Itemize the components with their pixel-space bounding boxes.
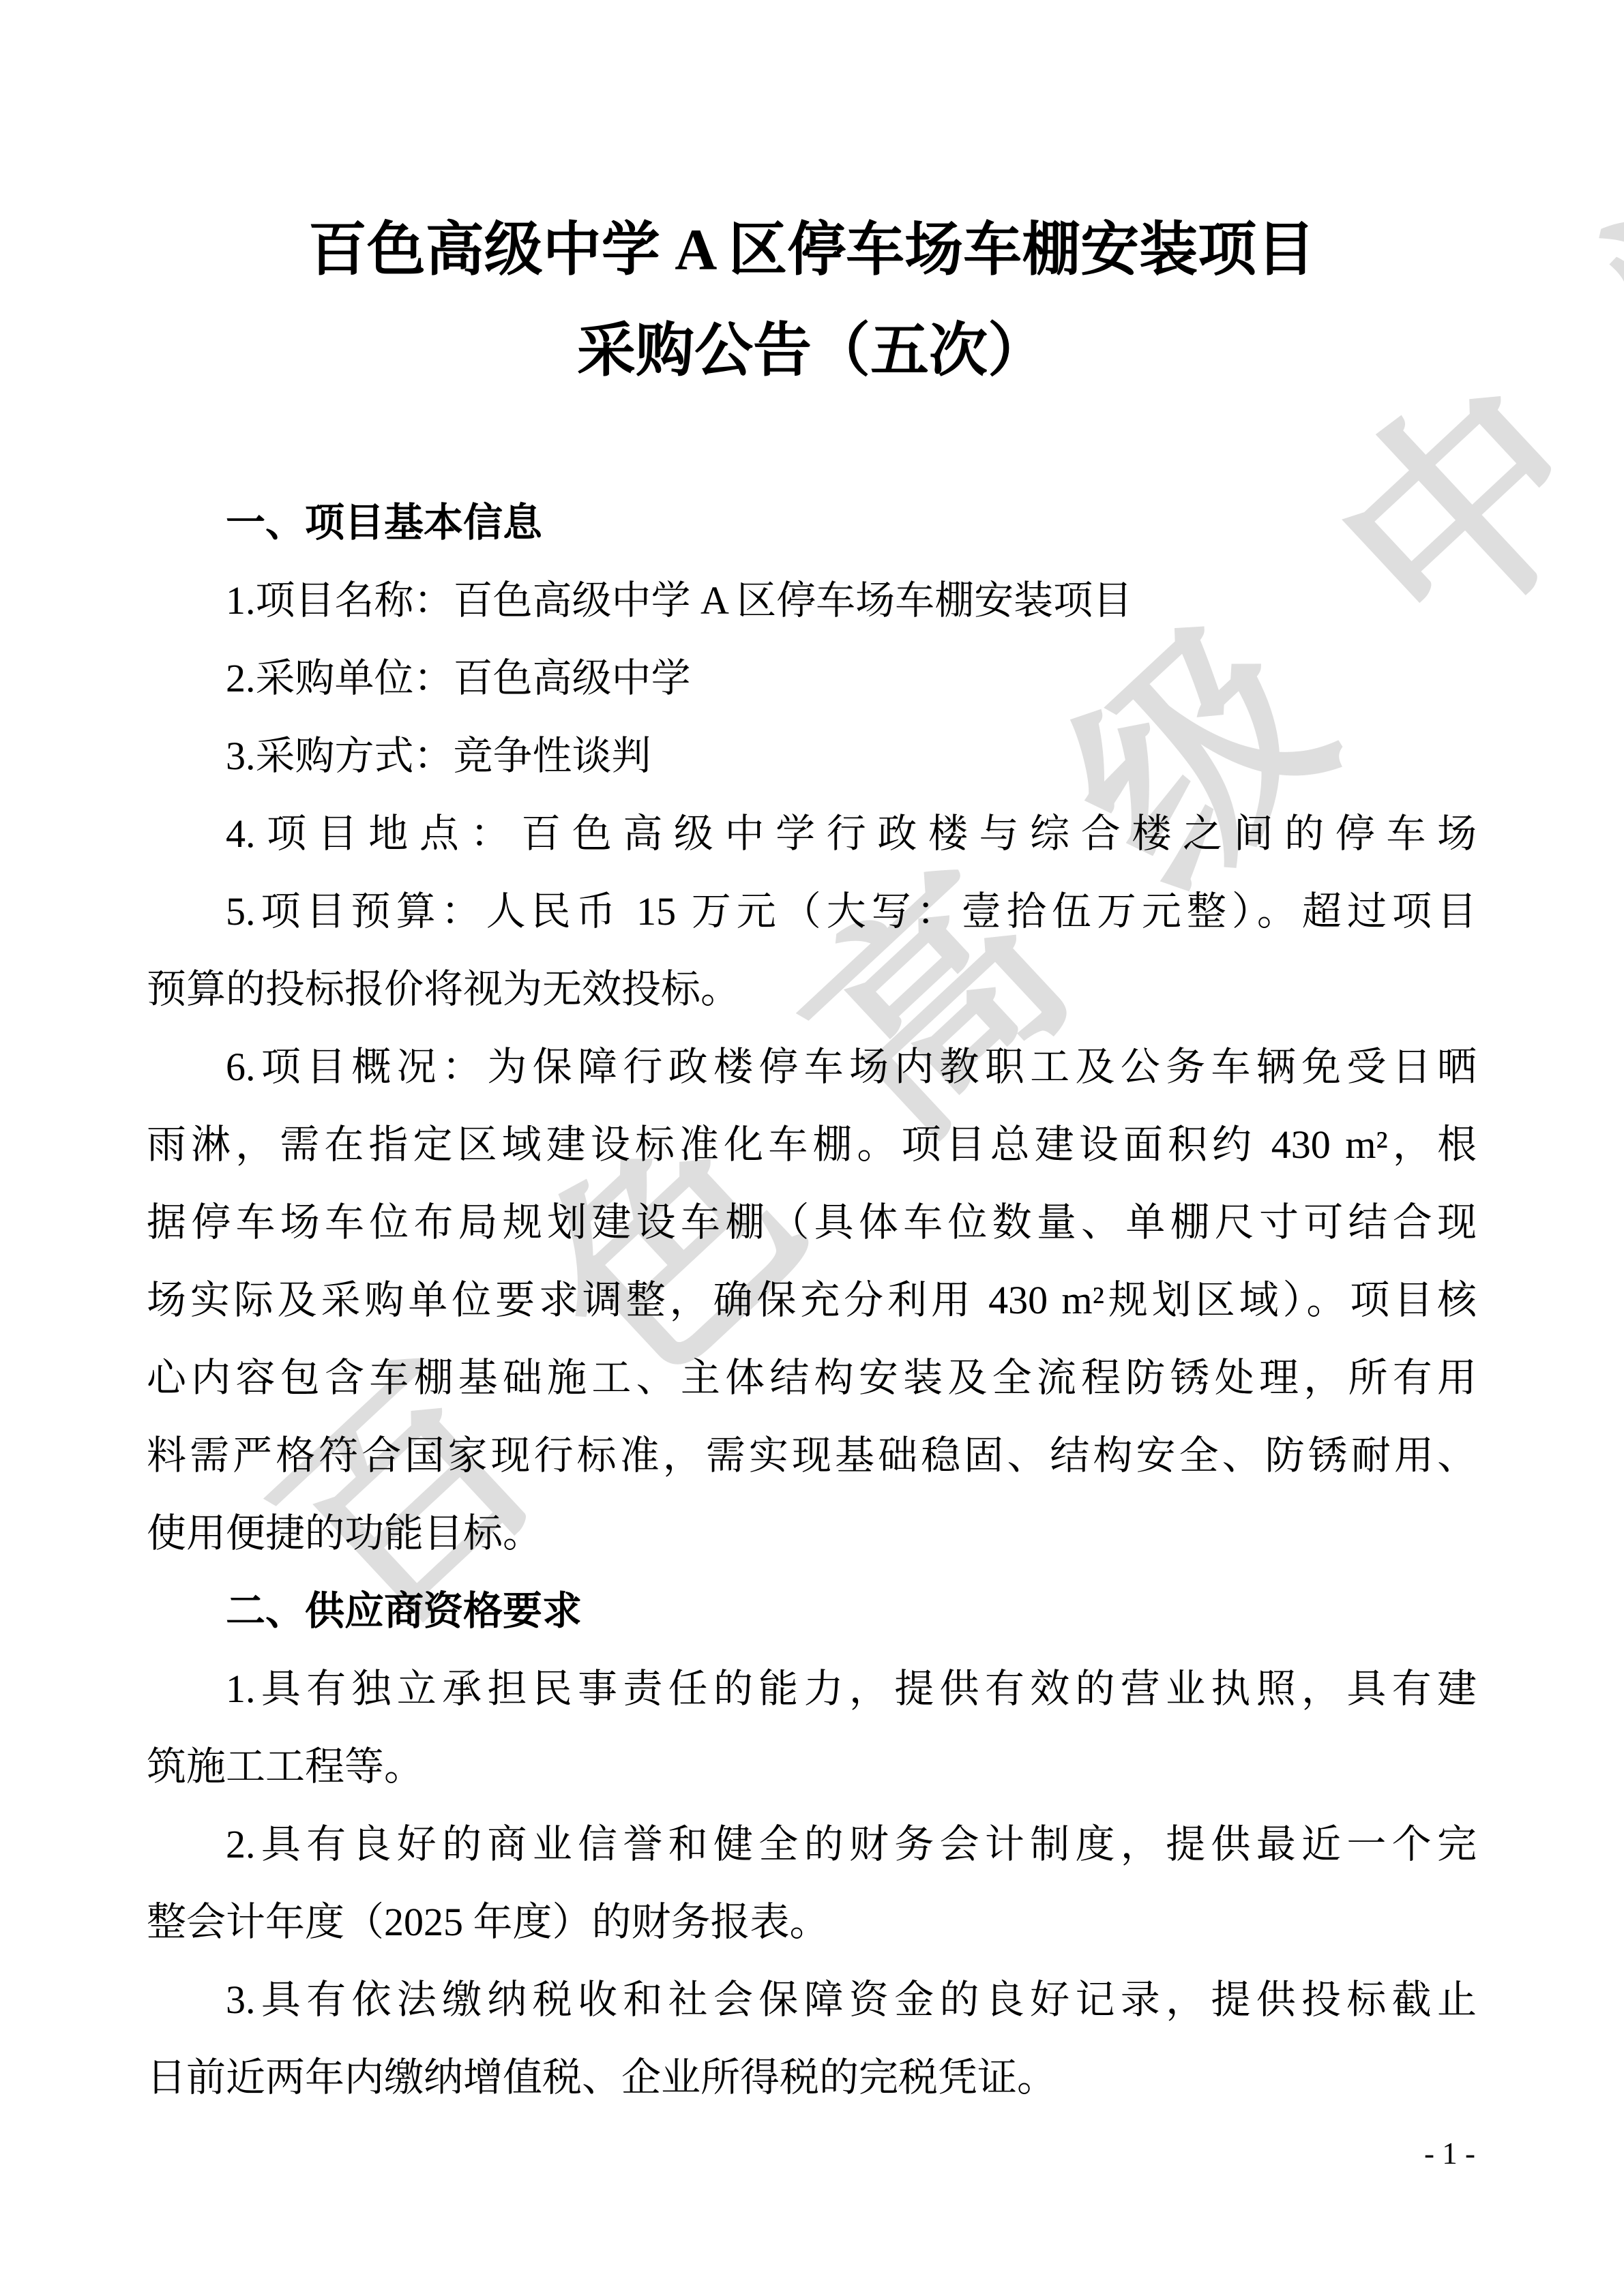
text-line: 料需严格符合国家现行标准，需实现基础稳固、结构安全、防锈耐用、 bbox=[147, 1417, 1477, 1495]
text-line: 使用便捷的功能目标。 bbox=[147, 1495, 1477, 1572]
document-body: 一、项目基本信息1.项目名称：百色高级中学 A 区停车场车棚安装项目2.采购单位… bbox=[147, 484, 1477, 2117]
text-line: 5.项目预算：人民币 15 万元（大写：壹拾伍万元整）。超过项目 bbox=[147, 873, 1477, 951]
text-line: 1.具有独立承担民事责任的能力，提供有效的营业执照，具有建 bbox=[147, 1650, 1477, 1728]
text-line: 3.采购方式：竞争性谈判 bbox=[147, 717, 1477, 795]
section-heading: 一、项目基本信息 bbox=[147, 484, 1477, 562]
text-line: 3.具有依法缴纳税收和社会保障资金的良好记录，提供投标截止 bbox=[147, 1961, 1477, 2039]
text-line: 6.项目概况：为保障行政楼停车场内教职工及公务车辆免受日晒 bbox=[147, 1028, 1477, 1106]
text-line: 预算的投标报价将视为无效投标。 bbox=[147, 951, 1477, 1028]
text-line: 1.项目名称：百色高级中学 A 区停车场车棚安装项目 bbox=[147, 562, 1477, 640]
section-heading: 二、供应商资格要求 bbox=[147, 1572, 1477, 1650]
text-line: 2.采购单位：百色高级中学 bbox=[147, 640, 1477, 717]
document-title-line1: 百色高级中学 A 区停车场车棚安装项目 bbox=[147, 217, 1477, 282]
text-line: 雨淋，需在指定区域建设标准化车棚。项目总建设面积约 430 m²，根 bbox=[147, 1106, 1477, 1184]
document-page: 百色高级中学 百色高级中学 A 区停车场车棚安装项目 采购公告（五次） 一、项目… bbox=[0, 0, 1624, 2296]
text-line: 日前近两年内缴纳增值税、企业所得税的完税凭证。 bbox=[147, 2039, 1477, 2117]
text-line: 筑施工工程等。 bbox=[147, 1728, 1477, 1806]
document-content: 百色高级中学 A 区停车场车棚安装项目 采购公告（五次） 一、项目基本信息1.项… bbox=[147, 0, 1477, 2117]
text-line: 4.项目地点：百色高级中学行政楼与综合楼之间的停车场 bbox=[147, 795, 1477, 873]
page-number: - 1 - bbox=[1424, 2134, 1475, 2173]
text-line: 场实际及采购单位要求调整，确保充分利用 430 m²规划区域）。项目核 bbox=[147, 1262, 1477, 1339]
text-line: 整会计年度（2025 年度）的财务报表。 bbox=[147, 1883, 1477, 1961]
document-title-line2: 采购公告（五次） bbox=[147, 318, 1477, 383]
text-line: 据停车场车位布局规划建设车棚（具体车位数量、单棚尺寸可结合现 bbox=[147, 1184, 1477, 1262]
text-line: 2.具有良好的商业信誉和健全的财务会计制度，提供最近一个完 bbox=[147, 1806, 1477, 1883]
text-line: 心内容包含车棚基础施工、主体结构安装及全流程防锈处理，所有用 bbox=[147, 1339, 1477, 1417]
